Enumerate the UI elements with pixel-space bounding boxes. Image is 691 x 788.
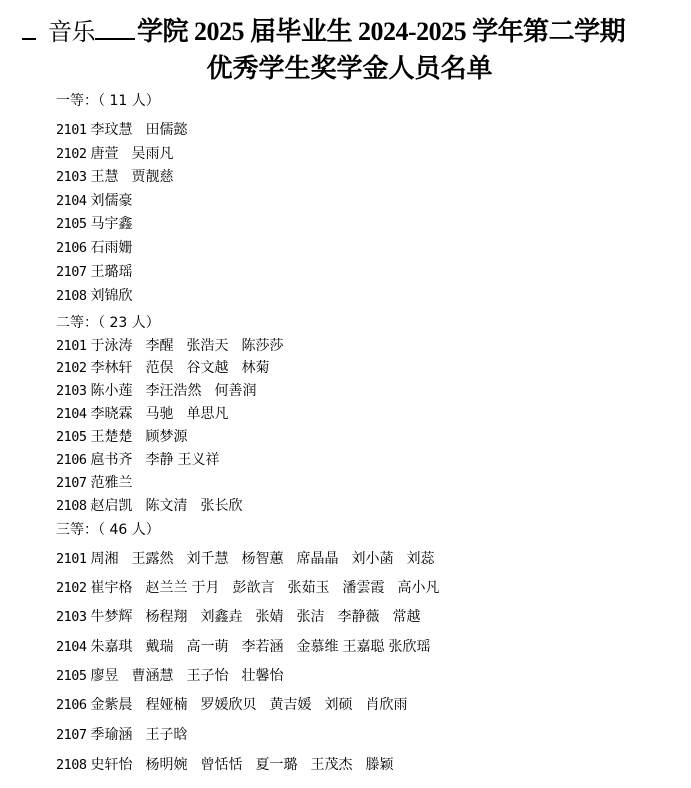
list-item: 2102唐萱吴雨凡 (56, 144, 187, 164)
list-item: 2101于泳涛李醒张浩天陈莎莎 (56, 336, 297, 356)
list-item: 2103王慧贾靓慈 (56, 167, 187, 187)
list-item: 2104李晓霖马驰单思凡 (56, 404, 242, 424)
list-item: 2102崔宇格赵兰兰于月彭歆言张茹玉潘雲霞高小凡 (56, 578, 453, 598)
list-item: 2105马宇鑫 (56, 214, 146, 234)
document-title-line2: 优秀学生奖学金人员名单 (0, 52, 691, 86)
list-item: 2108赵启凯陈文清张长欣 (56, 496, 256, 516)
underline-blank (22, 12, 36, 40)
list-item: 2108刘锦欣 (56, 286, 146, 306)
list-item: 2108史轩怡杨明婉曾恬恬夏一璐王茂杰滕颖 (56, 755, 407, 775)
section-header-second-class: 二等：（ 23 人） (56, 313, 160, 333)
title-prefix-blank: 音乐 (22, 18, 137, 46)
list-item: 2101周湘王露然刘千慧杨智蕙席晶晶刘小菡刘蕊 (56, 549, 448, 569)
list-item: 2107季瑜涵王子晗 (56, 725, 201, 745)
document-title-line1: 音乐学院 2025 届毕业生 2024-2025 学年第二学期 (22, 12, 682, 48)
list-item: 2106扈书齐李静王义祥 (56, 450, 233, 470)
list-item: 2103牛梦辉杨程翔刘鑫垚张婧张洁李静薇常越 (56, 607, 434, 627)
list-item: 2106石雨姗 (56, 238, 146, 258)
underline-blank (95, 12, 135, 40)
section-header-third-class: 三等：（ 46 人） (56, 520, 160, 540)
list-item: 2104朱嘉琪戴瑞高一萌李若涵金慕维王嘉聪张欣瑶 (56, 637, 444, 657)
list-item: 2104刘儒豪 (56, 191, 146, 211)
list-item: 2107范雅兰 (56, 473, 146, 493)
list-item: 2101李玟慧田儒懿 (56, 120, 201, 140)
list-item: 2107王璐瑶 (56, 262, 146, 282)
section-header-first-class: 一等：（ 11 人） (56, 91, 160, 111)
list-item: 2105廖昱曹涵慧王子怡壮馨怡 (56, 666, 297, 686)
college-name: 音乐 (48, 18, 95, 46)
list-item: 2103陈小莲李汪浩然何善润 (56, 381, 270, 401)
list-item: 2102李林轩范俣谷文越林菊 (56, 358, 283, 378)
title-rest: 学院 2025 届毕业生 2024-2025 学年第二学期 (137, 17, 625, 46)
list-item: 2105王楚楚顾梦源 (56, 427, 201, 447)
list-item: 2106金紫晨程娅楠罗媛欣贝黄吉媛刘硕肖欣雨 (56, 695, 421, 715)
